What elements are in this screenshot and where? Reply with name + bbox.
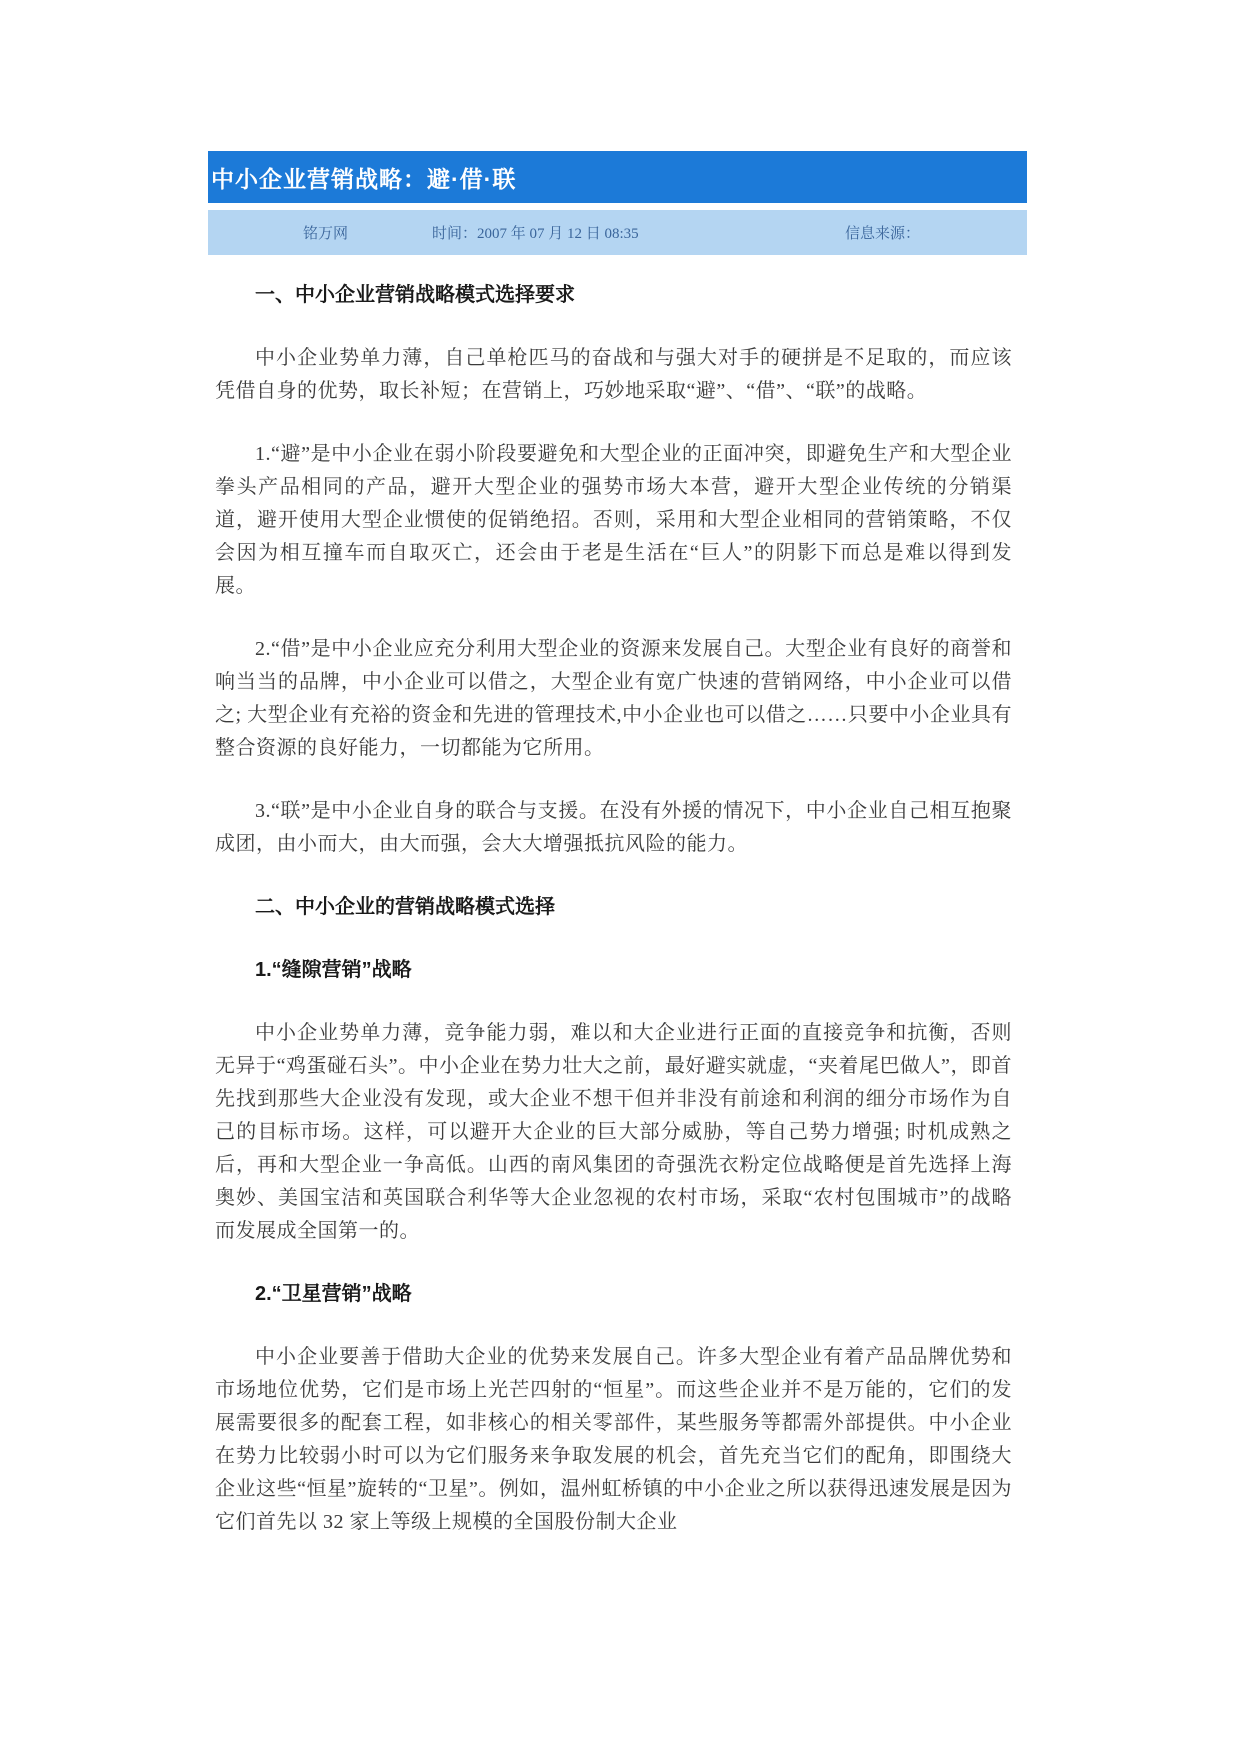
subsection-satellite-marketing-heading: 2.“卫星营销”战略	[215, 1278, 1012, 1311]
source-site-label: 铭万网	[303, 210, 348, 255]
document-page: 中小企业营销战略：避·借·联 铭万网 时间：2007 年 07 月 12 日 0…	[0, 0, 1241, 1754]
paragraph-overview: 中小企业势单力薄，自己单枪匹马的奋战和与强大对手的硬拼是不足取的，而应该凭借自身…	[215, 342, 1012, 408]
section-2-heading: 二、中小企业的营销战略模式选择	[215, 891, 1012, 924]
paragraph-borrow-strategy: 2.“借”是中小企业应充分利用大型企业的资源来发展自己。大型企业有良好的商誉和响…	[215, 633, 1012, 765]
paragraph-niche-marketing: 中小企业势单力薄，竞争能力弱，难以和大企业进行正面的直接竞争和抗衡，否则无异于“…	[215, 1017, 1012, 1248]
subsection-niche-marketing-heading: 1.“缝隙营销”战略	[215, 954, 1012, 987]
article-title: 中小企业营销战略：避·借·联	[211, 161, 516, 194]
info-source-label: 信息来源：	[845, 210, 920, 255]
paragraph-avoid-strategy: 1.“避”是中小企业在弱小阶段要避免和大型企业的正面冲突，即避免生产和大型企业拳…	[215, 438, 1012, 603]
article-meta-bar: 铭万网 时间：2007 年 07 月 12 日 08:35 信息来源：	[208, 210, 1027, 255]
section-1-heading: 一、中小企业营销战略模式选择要求	[215, 279, 1012, 312]
paragraph-unite-strategy: 3.“联”是中小企业自身的联合与支援。在没有外援的情况下，中小企业自己相互抱聚成…	[215, 795, 1012, 861]
article-container: 中小企业营销战略：避·借·联 铭万网 时间：2007 年 07 月 12 日 0…	[208, 151, 1027, 1539]
paragraph-satellite-marketing: 中小企业要善于借助大企业的优势来发展自己。许多大型企业有着产品品牌优势和市场地位…	[215, 1341, 1012, 1539]
article-body: 一、中小企业营销战略模式选择要求 中小企业势单力薄，自己单枪匹马的奋战和与强大对…	[208, 279, 1027, 1539]
publish-time-label: 时间：2007 年 07 月 12 日 08:35	[432, 210, 639, 255]
article-title-bar: 中小企业营销战略：避·借·联	[208, 151, 1027, 203]
